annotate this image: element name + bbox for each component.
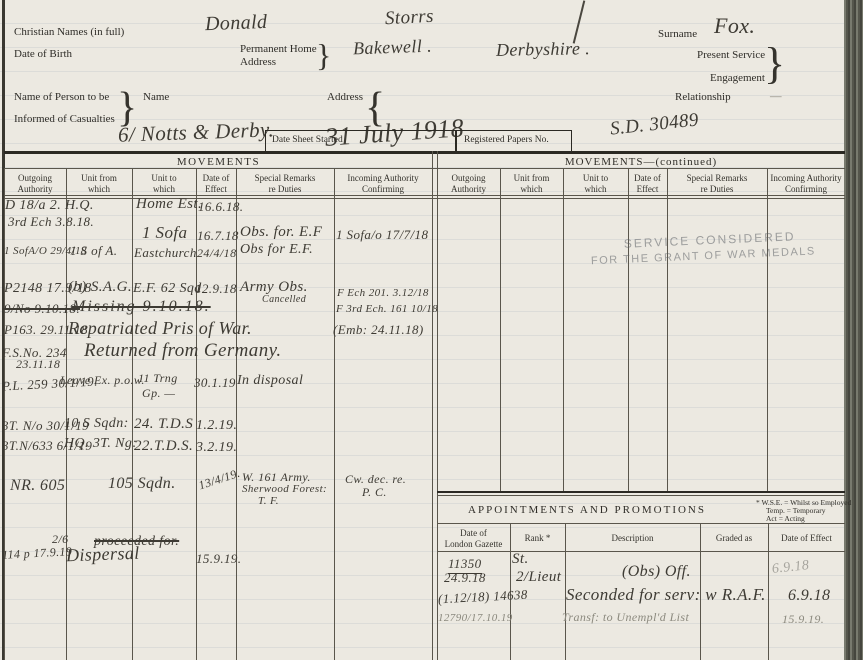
movement-entry: 1.2.19. (196, 418, 237, 434)
movement-entry-struck: Missing 9.10.18. (72, 298, 211, 316)
movement-entry: 23.11.18 (16, 357, 60, 372)
permanent-home-label-2: Address (240, 56, 276, 68)
col-special-remarks: Special Remarksre Duties (667, 173, 767, 194)
permanent-home-brace: } (316, 39, 331, 71)
col-date-of-effect: Date of Effect (768, 533, 845, 544)
movement-entry: 10 S Sqdn: (64, 416, 129, 432)
registered-number-handwriting: S.D. 30489 (609, 109, 700, 140)
appointments-note-3: Act = Acting (766, 514, 805, 523)
movement-entry: Eastchurch (134, 245, 197, 261)
movements-continued-title: MOVEMENTS—(continued) (437, 156, 845, 168)
movements-top-rule (4, 151, 845, 154)
war-medals-stamp: SERVICE CONSIDERED FOR THE GRANT OF WAR … (574, 227, 845, 268)
movements-header-rule-2 (4, 198, 845, 199)
movement-entry: T. F. (258, 495, 279, 507)
pen-stray-mark (573, 0, 586, 43)
movement-entry: 11 Trng (138, 371, 178, 386)
movements-title-rule (4, 168, 845, 169)
appointments-top-rule (437, 491, 845, 493)
service-engagement-brace: } (764, 42, 785, 86)
movement-entry: 24/4/18 (197, 246, 236, 261)
registered-papers-label: Registered Papers No. (464, 135, 549, 145)
col-incoming-authority: Incoming AuthorityConfirming (767, 173, 845, 194)
col-outgoing-authority: OutgoingAuthority (437, 173, 500, 194)
movement-entry: (b) S.A.G. (68, 279, 132, 296)
movement-entry-note: Cancelled (262, 294, 306, 305)
service-record-page: Christian Names (in full) Date of Birth … (0, 0, 863, 660)
movement-entry: NR. 605 (10, 477, 65, 495)
movement-entry: 3rd Ech 3.8.18. (8, 214, 94, 230)
movement-entry: F 3rd Ech. 161 10/18 (336, 303, 438, 315)
appointment-entry: 15.9.19. (782, 612, 824, 627)
appointment-entry: St. (512, 551, 529, 568)
movement-entry: D 18/a 2. H.Q. (5, 198, 94, 214)
appointments-top-rule-2 (437, 495, 845, 496)
col-unit-to: Unit towhich (563, 173, 628, 194)
col-date-of-effect: Date ofEffect (628, 173, 667, 194)
table-divider-line (437, 151, 438, 660)
column-line (66, 168, 67, 660)
permanent-home-label-1: Permanent Home (240, 43, 317, 55)
movements-header-rule-1 (4, 195, 845, 196)
movement-entry: Obs. for. E.F (240, 224, 322, 241)
engagement-label: Engagement (710, 72, 765, 84)
surname-handwriting: Fox. (714, 13, 755, 39)
appointment-entry: (Obs) Off. (622, 563, 691, 581)
table-divider-line (432, 151, 433, 660)
page-right-edge (844, 0, 863, 660)
col-special-remarks: Special Remarksre Duties (236, 173, 334, 194)
present-service-label: Present Service (697, 49, 765, 61)
movement-entry: 24. T.D.S (134, 416, 193, 433)
movement-entry: E.F. 62 Sqd (133, 281, 202, 297)
appointment-entry: 6.9.18 (771, 558, 810, 578)
name-label: Name (143, 91, 169, 103)
movement-entry: Obs for E.F. (240, 242, 313, 258)
relationship-label: Relationship (675, 91, 731, 103)
surname-label: Surname (658, 28, 697, 40)
movement-entry: Returned from Germany. (84, 340, 282, 362)
date-sheet-started-label: Date Sheet Started (272, 135, 343, 145)
movement-entry: 15.9.19. (196, 551, 241, 567)
movement-entry: 16.7.18 (197, 228, 239, 244)
informed-label-2: Informed of Casualties (14, 113, 115, 125)
column-line (563, 168, 564, 491)
col-unit-from: Unit fromwhich (500, 173, 563, 194)
col-graded-as: Graded as (700, 533, 768, 544)
movement-entry: 105 Sqdn. (108, 475, 176, 493)
appointment-entry: 12790/17.10.19 (438, 612, 513, 624)
column-line (500, 168, 501, 491)
address-label: Address (327, 91, 363, 103)
movement-entry: F Ech 201. 3.12/18 (337, 287, 429, 299)
movement-entry: 1 S of A. (70, 243, 117, 259)
col-london-gazette: Date ofLondon Gazette (437, 528, 510, 549)
movement-entry: 30.1.19 (194, 375, 236, 391)
column-line (667, 168, 668, 491)
appointments-title: APPOINTMENTS AND PROMOTIONS (437, 504, 737, 516)
movement-entry: 12.9.18 (195, 281, 237, 297)
appointments-title-rule (437, 523, 845, 524)
appointment-entry: 24.9.18 (444, 570, 486, 586)
movement-entry: In disposal (237, 373, 303, 389)
movement-entry: Sherwood Forest: (242, 483, 327, 495)
movement-entry-struck: 9/No 9.10.18. (4, 301, 80, 317)
movement-entry: P. C. (362, 485, 387, 500)
appointment-entry: Transf: to Unempl'd List (562, 610, 689, 625)
movement-entry: HQ. 3T. Ng: (64, 436, 137, 452)
column-line (628, 168, 629, 491)
movements-title: MOVEMENTS (4, 156, 433, 168)
column-line (334, 168, 335, 660)
appointments-header-rule (437, 551, 845, 552)
date-sheet-box-divider (455, 130, 457, 151)
column-line (132, 168, 133, 660)
movement-entry: (Emb: 24.11.18) (333, 322, 424, 338)
col-unit-to: Unit towhich (132, 173, 196, 194)
col-date-of-effect: Date ofEffect (196, 173, 236, 194)
movement-entry: 22.T.D.S. (134, 438, 193, 455)
col-unit-from: Unit fromwhich (66, 173, 132, 194)
movement-entry: 1 Sofa/o 17/7/18 (336, 227, 428, 243)
christian-names-label: Christian Names (in full) (14, 26, 124, 38)
column-line (768, 523, 769, 660)
relationship-value: — (770, 88, 782, 104)
movement-entry: Repatriated Pris of War. (68, 318, 252, 339)
appointment-entry: 2/Lieut (516, 569, 561, 586)
col-rank: Rank * (510, 533, 565, 544)
movement-entry: Home Est. (136, 196, 202, 213)
col-incoming-authority: Incoming AuthorityConfirming (334, 173, 432, 194)
christian-name-handwriting-2: Storrs (384, 6, 434, 31)
movement-entry: Leave Ex. p.o.w. (60, 373, 145, 388)
col-outgoing-authority: OutgoingAuthority (4, 173, 66, 194)
home-address-handwriting-1: Bakewell . (353, 36, 433, 60)
christian-name-handwriting-1: Donald (205, 11, 268, 36)
unit-heading-handwriting: 6/ Notts & Derby. (118, 117, 275, 147)
column-line (4, 168, 5, 660)
movement-entry: Dispersal (66, 543, 140, 567)
home-address-handwriting-2: Derbyshire . (496, 38, 590, 61)
movement-entry: 1 Sofa (142, 223, 187, 243)
movement-entry: 16.6.18. (198, 199, 243, 215)
date-of-birth-label: Date of Birth (14, 48, 72, 60)
movement-entry: Gp. — (142, 386, 175, 401)
movement-entry: 114 p 17.9.19 (2, 544, 73, 563)
informed-label-1: Name of Person to be (14, 91, 109, 103)
appointment-entry: 6.9.18 (788, 587, 830, 605)
appointment-entry: (1.12/18) 14638 (438, 587, 528, 608)
movement-entry: 3.2.19. (196, 440, 237, 456)
col-description: Description (565, 533, 700, 544)
column-line (767, 168, 768, 491)
appointment-entry: Seconded for serv: w R.A.F. (566, 585, 766, 605)
